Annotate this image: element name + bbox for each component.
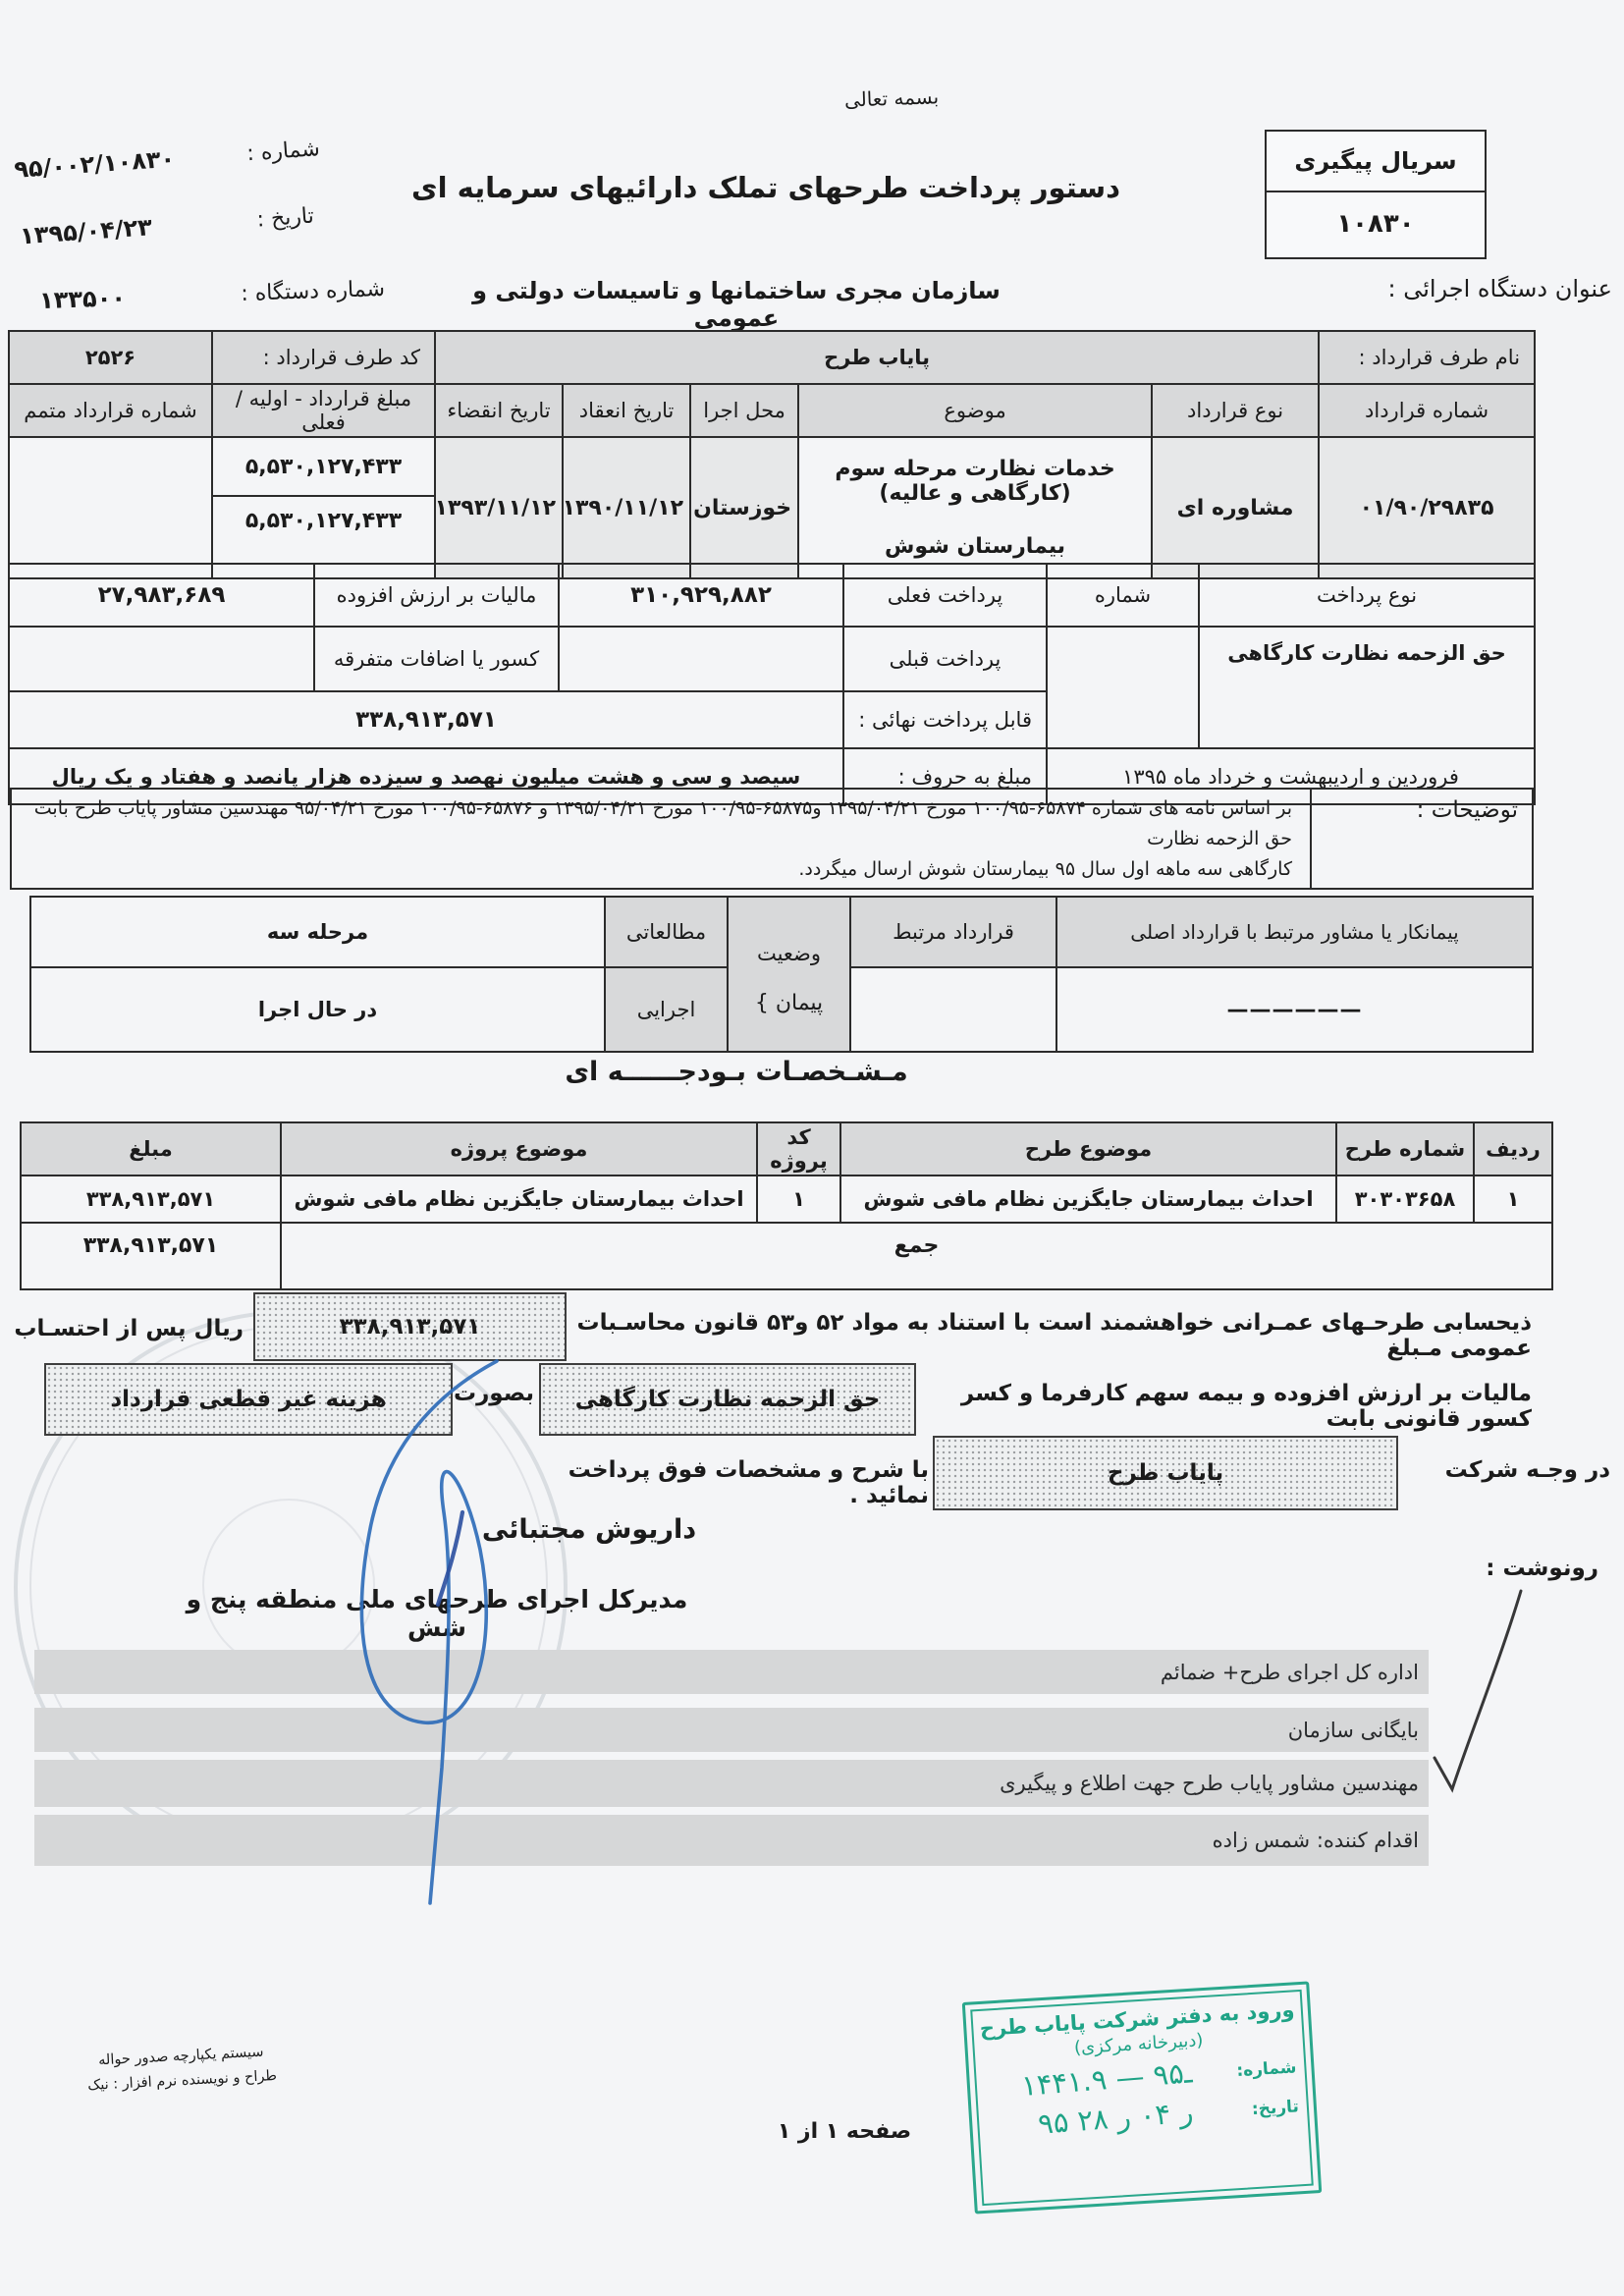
doc-date-value: ۱۳۹۵/۰۴/۲۳ [19,213,152,249]
notes-line-1: بر اساس نامه های شماره ۶۵۸۷۴-۱۰۰/۹۵ مورخ… [22,793,1292,854]
stamp-inner-frame: ورود به دفتر شرکت پایاب طرح (دبیرخانه مر… [970,1990,1314,2206]
contract-type-value: مشاوره ای [1152,437,1319,578]
supplement-contract-value [9,437,212,578]
contract-status-table: پیمانکار یا مشاور مرتبط با قرارداد اصلی … [29,896,1534,1053]
related-contract-value [850,967,1056,1052]
page-number: صفحه ۱ از ۱ [746,2119,943,2144]
state-word: وضعیت [729,942,849,965]
payment-number-header: شماره [1047,564,1199,627]
copy-item-consultant: مهندسین مشاور پایاب طرح جهت اطلاع و پیگی… [34,1760,1429,1807]
tracking-serial-label: سریال پیگیری [1267,132,1485,192]
stamp-number-label: شماره: [1236,2057,1297,2081]
software-credit-note: سیستم یکپارچه صدور حواله طراح و نویسنده … [68,2039,296,2100]
subject-line-1: خدمات نظارت مرحله سوم (کارگاهی و عالیه) [799,457,1151,506]
tracking-serial-value: ۱۰۸۳۰ [1267,192,1485,255]
order-line3-tail: با شرح و مشخصات فوق پرداخت نمائید . [546,1457,929,1508]
stamp-date-label: تاریخ: [1251,2097,1299,2119]
current-payment-value: ۳۱۰,۹۲۹,۸۸۲ [559,564,843,627]
notes-box: توضیحات : بر اساس نامه های شماره ۶۵۸۷۴-۱… [10,788,1534,890]
order-payee-box: پایاب طرح [933,1436,1398,1510]
doc-number-value: ۹۵/۰۰۲/۱۰۸۳۰ [13,144,176,183]
doc-number-label: شماره : [246,137,321,166]
contract-amount-value: ۵,۵۳۰,۱۲۷,۴۳۳ ۵,۵۳۰,۱۲۷,۴۳۳ [212,437,435,578]
phase-status-value: در حال اجرا [30,967,605,1052]
budget-amount-header: مبلغ [21,1122,281,1175]
order-expense-type-box: هزینه غیر قطعی قرارداد [44,1363,453,1436]
study-state-header: مطالعاتی [605,897,728,967]
copy-item-action-by: اقدام کننده: شمس زاده [34,1815,1429,1866]
contract-number-header: شماره قرارداد [1319,384,1535,437]
budget-plan-subject-header: موضوع طرح [840,1122,1336,1175]
contract-info-table: نام طرف قرارداد : پایاب طرح کد طرف قرارد… [8,330,1536,579]
budget-amount: ۳۳۸,۹۱۳,۵۷۱ [21,1175,281,1223]
budget-plan-no: ۳۰۳۰۳۶۵۸ [1336,1175,1474,1223]
vat-label: مالیات بر ارزش افزوده [314,564,559,627]
vat-value: ۲۷,۹۸۳,۶۸۹ [9,564,314,627]
contract-subject-value: خدمات نظارت مرحله سوم (کارگاهی و عالیه) … [798,437,1152,578]
executive-agency-label: عنوان دستگاه اجرائی : [1326,275,1612,302]
contract-expiry-header: تاریخ انقضاء [435,384,563,437]
copy-item-execution-office: اداره کل اجرای طرح+ ضمائم [34,1650,1429,1694]
current-payment-label: پرداخت فعلی [843,564,1047,627]
scanned-payment-order-document: بسمه تعالی سریال پیگیری ۱۰۸۳۰ دستور پردا… [0,0,1624,2296]
related-contract-header: قرارداد مرتبط [850,897,1056,967]
execution-state-value: اجرایی [605,967,728,1052]
order-fee-type-box: حق الزحمه نظارت کارگاهی [539,1363,916,1436]
budget-project-code-header: کد پروژه [757,1122,840,1175]
entry-registry-stamp: ورود به دفتر شرکت پایاب طرح (دبیرخانه مر… [962,1981,1323,2214]
tracking-serial-box: سریال پیگیری ۱۰۸۳۰ [1265,130,1487,259]
deductions-value [9,627,314,691]
contract-expiry-value: ۱۳۹۳/۱۱/۱۲ [435,437,563,578]
device-number-label: شماره دستگاه : [241,276,385,305]
payment-type-value: حق الزحمه نظارت کارگاهی [1199,627,1535,748]
order-line2-text: مالیات بر ارزش افزوده و بیمه سهم کارفرما… [918,1381,1532,1432]
document-title: دستور پرداخت طرحهای تملک دارائیهای سرمای… [353,171,1178,204]
payment-table: نوع پرداخت شماره پرداخت فعلی ۳۱۰,۹۲۹,۸۸۲… [8,563,1536,805]
device-number-row: شماره دستگاه : ۱۳۳۵۰۰ [39,275,386,314]
order-amount-box: ۳۳۸,۹۱۳,۵۷۱ [253,1292,567,1361]
state-brace: پیمان { [729,991,849,1015]
contract-type-header: نوع قرارداد [1152,384,1319,437]
budget-project-subject-header: موضوع پروژه [281,1122,757,1175]
budget-project-code: ۱ [757,1175,840,1223]
contract-party-value: پایاب طرح [435,331,1319,384]
contract-party-label: نام طرف قرارداد : [1319,331,1535,384]
copy-item-archive: بایگانی سازمان [34,1708,1429,1752]
budget-section-title: مـشـخصـات بـودجــــــه ای [334,1057,1139,1087]
contract-amount-header: مبلغ قرارداد - اولیه / فعلی [212,384,435,437]
payment-number-value [1047,627,1199,748]
budget-total-label: جمع [281,1223,1552,1289]
copies-label: رونوشت : [1451,1556,1598,1581]
doc-date-row: تاریخ : ۱۳۹۵/۰۴/۲۳ [19,202,314,250]
related-contractor-value: —————— [1056,967,1533,1052]
budget-total-value: ۳۳۸,۹۱۳,۵۷۱ [21,1223,281,1289]
phase-value: مرحله سه [30,897,605,967]
doc-number-row: شماره : ۹۵/۰۰۲/۱۰۸۳۰ [13,135,320,184]
related-contractor-header: پیمانکار یا مشاور مرتبط با قرارداد اصلی [1056,897,1533,967]
order-line3-text: در وجـه شرکت [1406,1457,1610,1483]
contract-location-header: محل اجرا [690,384,798,437]
notes-label: توضیحات : [1310,790,1532,888]
contract-sign-date-header: تاریخ انعقاد [563,384,690,437]
contract-amount-initial: ۵,۵۳۰,۱۲۷,۴۳۳ [213,438,434,497]
bismillah-text: بسمه تعالی [813,83,971,113]
budget-project-subject: احداث بیمارستان جایگزین نظام مافی شوش [281,1175,757,1223]
supplement-contract-header: شماره قرارداد متمم [9,384,212,437]
final-payable-label: قابل پرداخت نهائی : [843,691,1047,748]
budget-row-number: ۱ [1474,1175,1552,1223]
notes-content: بر اساس نامه های شماره ۶۵۸۷۴-۱۰۰/۹۵ مورخ… [12,790,1310,888]
party-code-value: ۲۵۲۶ [9,331,212,384]
signatory-name: داریوش مجتبائی [442,1514,736,1545]
contract-subject-header: موضوع [798,384,1152,437]
order-line1-text: ذیحسابی طرحـهای عمـرانی خواهشمند است با … [571,1310,1532,1361]
organization-subtitle: سازمان مجری ساختمانها و تاسیسات دولتی و … [452,277,1021,332]
contract-sign-date-value: ۱۳۹۰/۱۱/۱۲ [563,437,690,578]
budget-plan-subject: احداث بیمارستان جایگزین نظام مافی شوش [840,1175,1336,1223]
budget-plan-no-header: شماره طرح [1336,1122,1474,1175]
deductions-label: کسور یا اضافات متفرقه [314,627,559,691]
budget-table: ردیف شماره طرح موضوع طرح کد پروژه موضوع … [20,1121,1553,1290]
payment-type-header: نوع پرداخت [1199,564,1535,627]
contract-number-value: ۰۱/۹۰/۲۹۸۳۵ [1319,437,1535,578]
contract-location-value: خوزستان [690,437,798,578]
order-line2-connector: بصورت [452,1381,536,1406]
order-line1-tail: ریال پس از احتسـاب [8,1316,244,1341]
previous-payment-value [559,627,843,691]
doc-date-label: تاریخ : [256,203,315,232]
signatory-title: مدیرکل اجرای طرحهای ملی منطقه پنج و شش [177,1585,697,1642]
budget-row-header: ردیف [1474,1122,1552,1175]
final-payable-value: ۳۳۸,۹۱۳,۵۷۱ [9,691,843,748]
notes-line-2: کارگاهی سه ماهه اول سال ۹۵ بیمارستان شوش… [22,854,1292,885]
party-code-label: کد طرف قرارداد : [212,331,435,384]
black-checkmark [1435,1591,1521,1789]
budget-table-row: ۱ ۳۰۳۰۳۶۵۸ احداث بیمارستان جایگزین نظام … [21,1175,1552,1223]
contract-state-cell: وضعیت پیمان { [728,897,850,1052]
subject-line-2: بیمارستان شوش [799,534,1151,559]
previous-payment-label: پرداخت قبلی [843,627,1047,691]
device-number-value: ۱۳۳۵۰۰ [39,284,127,314]
